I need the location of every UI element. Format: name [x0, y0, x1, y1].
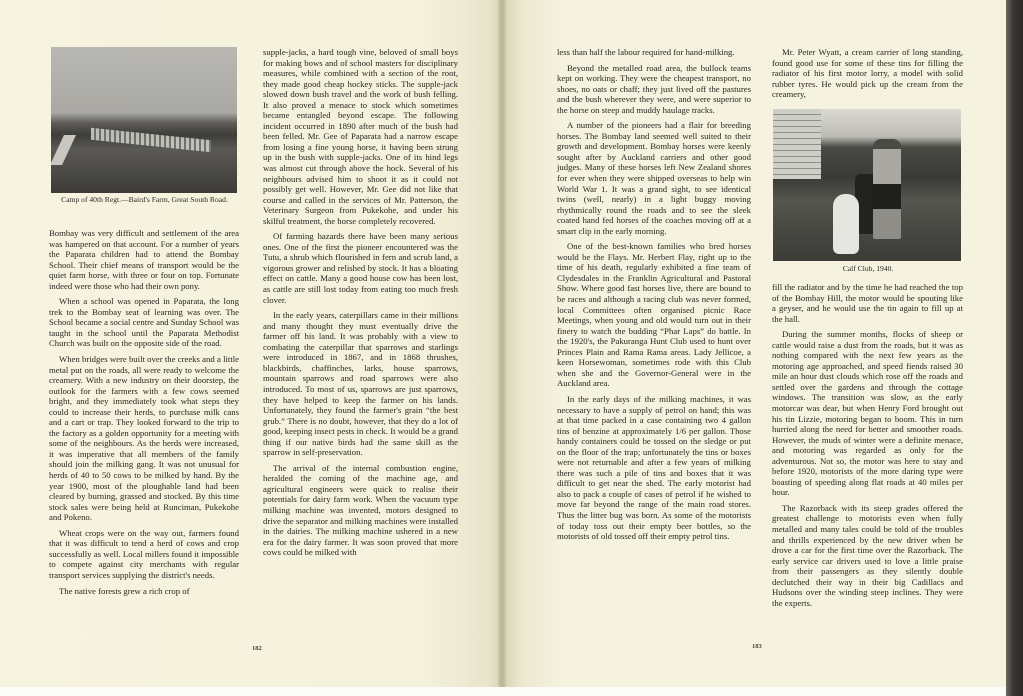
child-shape — [833, 194, 859, 254]
calf-club-photo-caption: Calf Club, 1940. — [773, 264, 963, 273]
paragraph: Beyond the metalled road area, the bullo… — [557, 63, 751, 116]
scan-bottom-margin — [0, 687, 1006, 696]
page-number-right: 183 — [752, 643, 762, 650]
camp-photo-caption: Camp of 40th Regt.—Baird's Farm, Great S… — [49, 195, 240, 204]
book-gutter — [498, 0, 506, 687]
paragraph: Wheat crops were on the way out, farmers… — [49, 528, 239, 581]
paragraph: Bombay was very difficult and settlement… — [49, 228, 239, 291]
road-shape — [51, 135, 76, 165]
paragraph: fill the radiator and by the time he had… — [772, 282, 963, 324]
paragraph: One of the best-known families who bred … — [557, 241, 751, 389]
camp-photo-icon — [51, 47, 237, 193]
tents-shape — [91, 128, 211, 153]
right-page-column-1: less than half the labour required for h… — [557, 47, 751, 547]
paragraph: In the early days of the milking machine… — [557, 394, 751, 542]
paragraph: Mr. Peter Wyatt, a cream carrier of long… — [772, 47, 963, 100]
paragraph: The native forests grew a rich crop of — [49, 586, 239, 597]
paragraph: The Razorback with its steep grades offe… — [772, 503, 963, 608]
paragraph: Of farming hazards there have been many … — [263, 231, 458, 305]
house-shape — [773, 109, 821, 179]
paragraph: When a school was opened in Paparata, th… — [49, 296, 239, 349]
scan-right-edge — [1006, 0, 1023, 696]
paragraph: In the early years, caterpillars came in… — [263, 310, 458, 458]
left-page-column-2: supple-jacks, a hard tough vine, beloved… — [263, 47, 458, 563]
right-page-column-2-bottom: fill the radiator and by the time he had… — [772, 282, 963, 613]
paragraph: During the summer months, flocks of shee… — [772, 329, 963, 498]
left-page-column-1: Bombay was very difficult and settlement… — [49, 228, 239, 601]
right-page-column-2-top: Mr. Peter Wyatt, a cream carrier of long… — [772, 47, 963, 105]
paragraph: The arrival of the internal combustion e… — [263, 463, 458, 558]
book-spread: Camp of 40th Regt.—Baird's Farm, Great S… — [0, 0, 1023, 687]
paragraph: A number of the pioneers had a flair for… — [557, 120, 751, 236]
boy-shape — [873, 139, 901, 239]
paragraph: less than half the labour required for h… — [557, 47, 751, 58]
paragraph: supple-jacks, a hard tough vine, beloved… — [263, 47, 458, 226]
paragraph: When bridges were built over the creeks … — [49, 354, 239, 523]
calf-club-photo-icon — [773, 109, 961, 261]
page-number-left: 182 — [252, 645, 262, 652]
